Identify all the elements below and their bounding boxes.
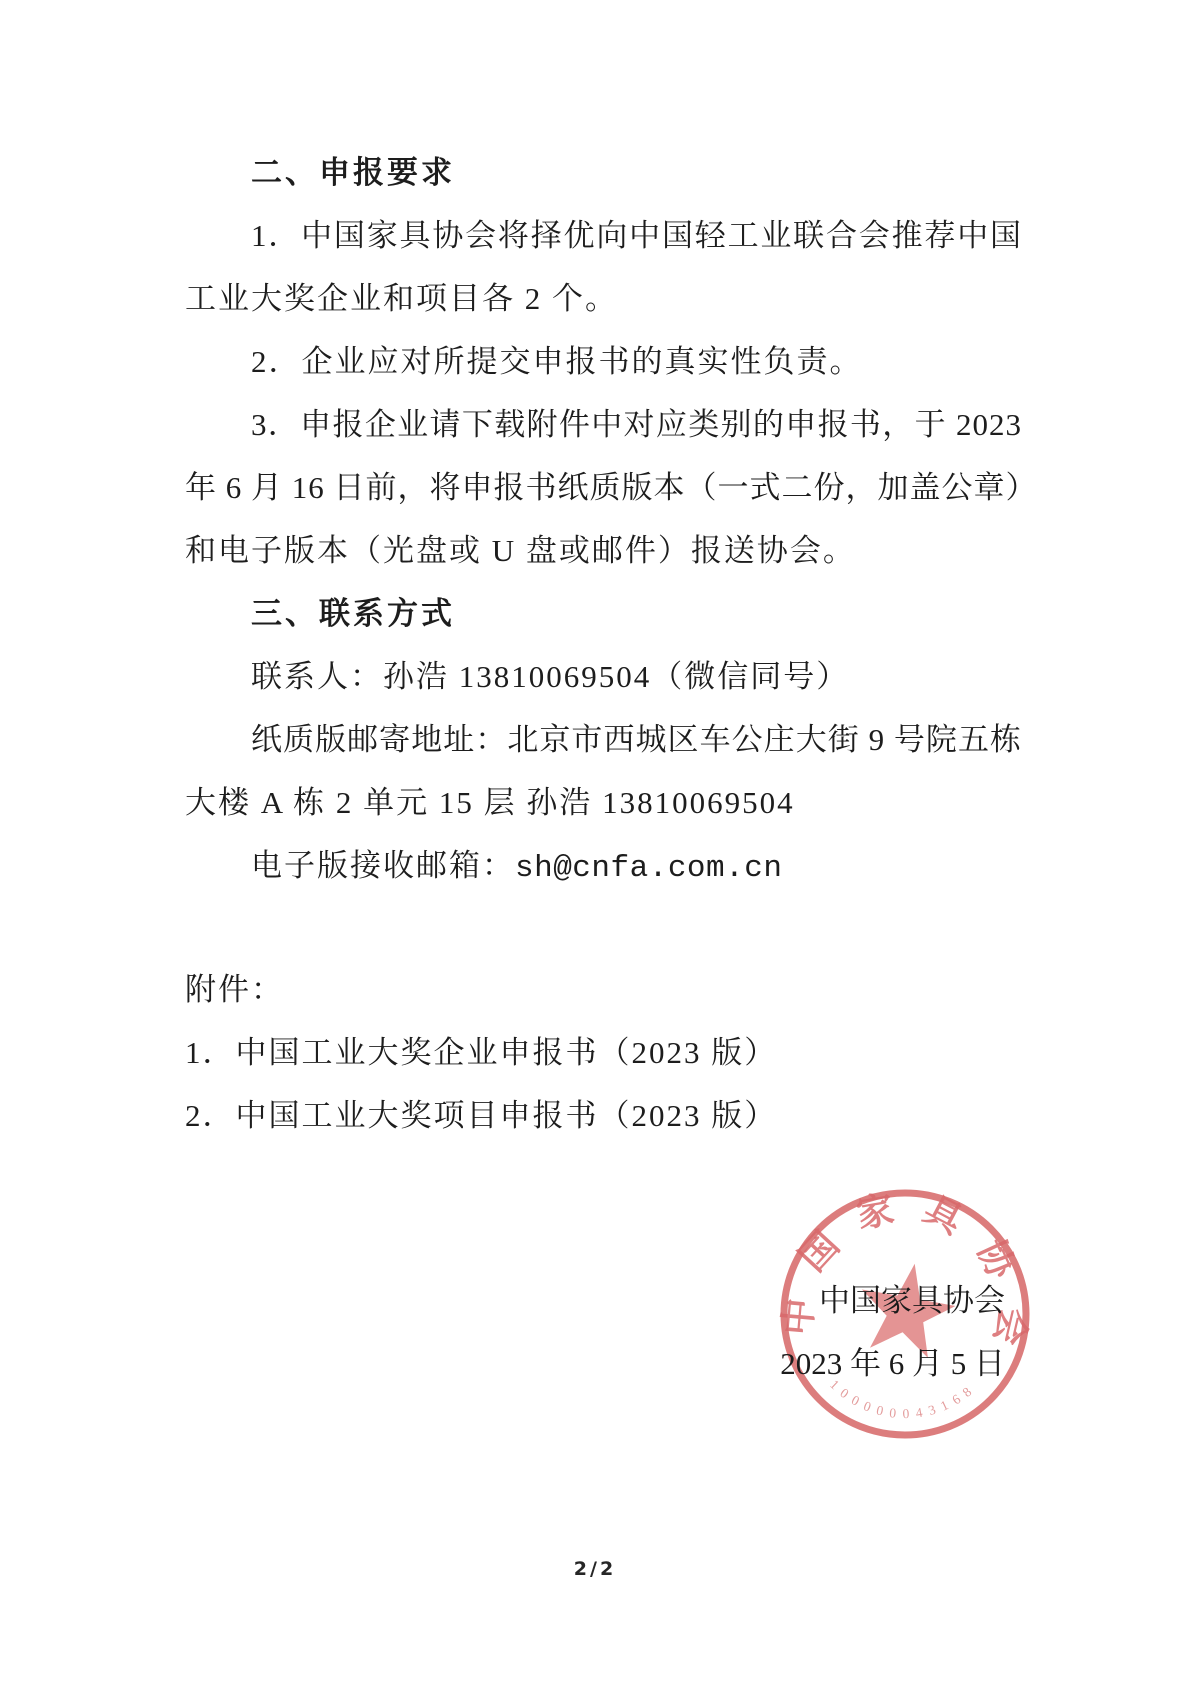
text-line: 2．企业应对所提交申报书的真实性负责。 <box>185 330 1022 393</box>
signature-date: 2023 年 6 月 5 日 <box>780 1332 1005 1395</box>
email-address: sh@cnfa.com.cn <box>515 851 782 886</box>
mailing-address-line-2: 大楼 A 栋 2 单元 15 层 孙浩 13810069504 <box>185 771 1022 834</box>
text-line: 工业大奖企业和项目各 2 个。 <box>185 267 1022 330</box>
page-number: 2/2 <box>0 1558 1190 1580</box>
section-heading-requirements: 二、申报要求 <box>185 141 1022 204</box>
text-line: 3．申报企业请下载附件中对应类别的申报书，于 2023 <box>185 393 1022 456</box>
document-body: 二、申报要求 1．中国家具协会将择优向中国轻工业联合会推荐中国 工业大奖企业和项… <box>185 141 1022 1147</box>
email-label: 电子版接收邮箱： <box>251 848 515 883</box>
email-line: 电子版接收邮箱：sh@cnfa.com.cn <box>185 834 1022 897</box>
attachment-item-2: 2．中国工业大奖项目申报书（2023 版） <box>185 1084 1022 1147</box>
text-line: 年 6 月 16 日前，将申报书纸质版本（一式二份，加盖公章） <box>185 456 1022 519</box>
blank-line-gap <box>185 897 1022 958</box>
text-line: 和电子版本（光盘或 U 盘或邮件）报送协会。 <box>185 519 1022 582</box>
contact-person-line: 联系人：孙浩 13810069504（微信同号） <box>185 645 1022 708</box>
signature-organization: 中国家具协会 <box>780 1269 1005 1332</box>
attachment-item-1: 1．中国工业大奖企业申报书（2023 版） <box>185 1021 1022 1084</box>
signature-block: 中国家具协会 2023 年 6 月 5 日 <box>780 1269 1005 1395</box>
section-heading-contact: 三、联系方式 <box>185 582 1022 645</box>
text-line: 1．中国家具协会将择优向中国轻工业联合会推荐中国 <box>185 204 1022 267</box>
attachments-heading: 附件： <box>185 958 1022 1021</box>
mailing-address-line-1: 纸质版邮寄地址：北京市西城区车公庄大街 9 号院五栋 <box>185 708 1022 771</box>
scanned-document-page: { "page": { "footer_page_number": "2/2",… <box>0 0 1190 1682</box>
